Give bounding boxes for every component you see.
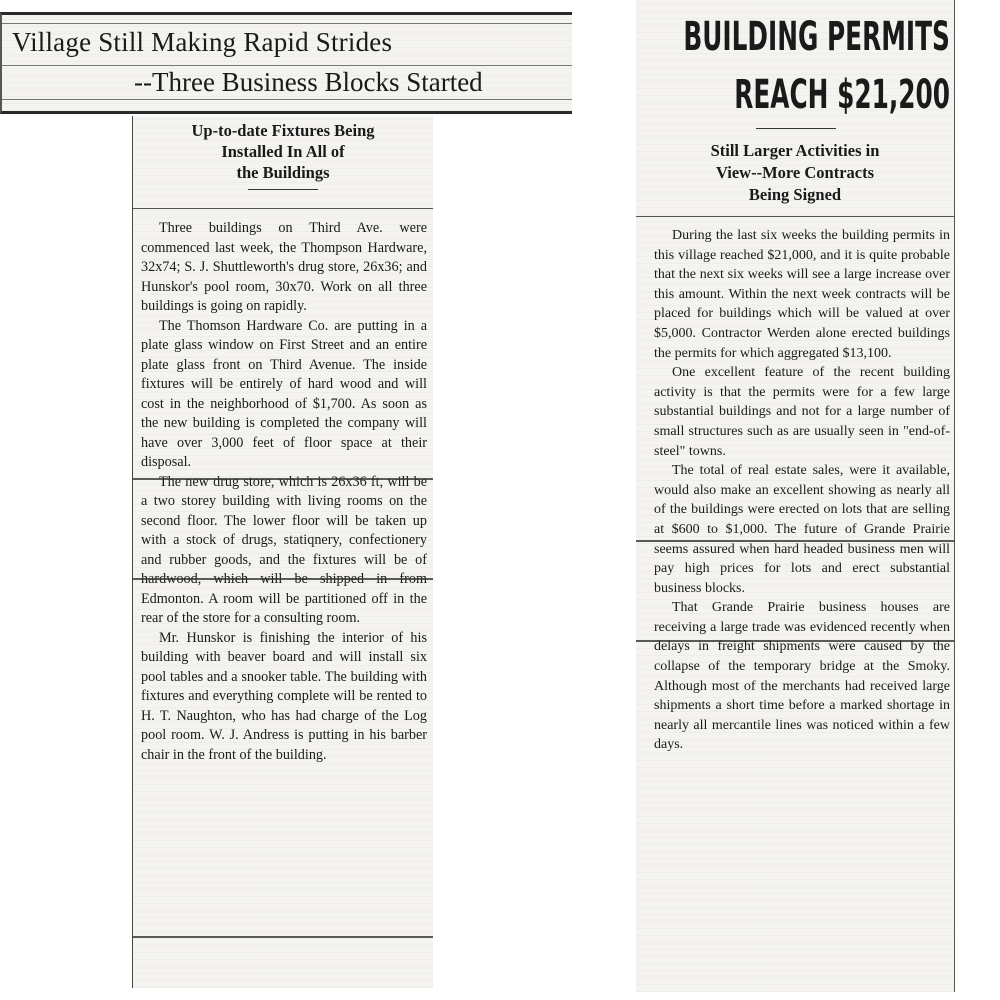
divider xyxy=(2,99,572,100)
article-body: Three buildings on Third Ave. were comme… xyxy=(133,219,433,765)
article-three-business-blocks: Up-to-date Fixtures Being Installed In A… xyxy=(132,116,433,988)
divider xyxy=(133,208,433,209)
deck-line: the Buildings xyxy=(139,162,427,183)
paragraph: Three buildings on Third Ave. were comme… xyxy=(141,219,427,317)
headline-line-2: REACH $21,200 xyxy=(734,72,950,118)
article-deck: Up-to-date Fixtures Being Installed In A… xyxy=(133,116,433,190)
deck-line: View--More Contracts xyxy=(642,162,948,184)
divider xyxy=(133,578,433,580)
headline-line-1: BUILDING PERMITS xyxy=(683,14,950,60)
paragraph: During the last six weeks the building p… xyxy=(654,226,950,363)
deck-line: Up-to-date Fixtures Being xyxy=(139,120,427,141)
paragraph: That Grande Prairie business houses are … xyxy=(654,598,950,755)
divider xyxy=(756,128,836,129)
divider xyxy=(636,540,954,542)
divider xyxy=(133,936,433,938)
divider xyxy=(2,23,572,24)
article-deck: Still Larger Activities in View--More Co… xyxy=(636,136,954,206)
paragraph: One excellent feature of the recent buil… xyxy=(654,363,950,461)
divider xyxy=(2,65,572,66)
divider xyxy=(636,216,954,217)
paragraph: Mr. Hunskor is finishing the interior of… xyxy=(141,629,427,766)
banner-line-2: --Three Business Blocks Started xyxy=(134,67,483,98)
deck-line: Still Larger Activities in xyxy=(642,140,948,162)
banner-headline: Village Still Making Rapid Strides --Thr… xyxy=(0,12,572,114)
deck-line: Installed In All of xyxy=(139,141,427,162)
article-building-permits: BUILDING PERMITS REACH $21,200 Still Lar… xyxy=(636,0,955,992)
paragraph: The Thomson Hardware Co. are putting in … xyxy=(141,317,427,473)
divider xyxy=(636,640,954,642)
divider xyxy=(248,189,318,190)
paragraph: The new drug store, which is 26x36 ft, w… xyxy=(141,473,427,629)
paragraph: The total of real estate sales, were it … xyxy=(654,461,950,598)
deck-line: Being Signed xyxy=(642,184,948,206)
article-body: During the last six weeks the building p… xyxy=(636,226,954,755)
divider xyxy=(133,478,433,480)
banner-line-1: Village Still Making Rapid Strides xyxy=(12,27,392,58)
